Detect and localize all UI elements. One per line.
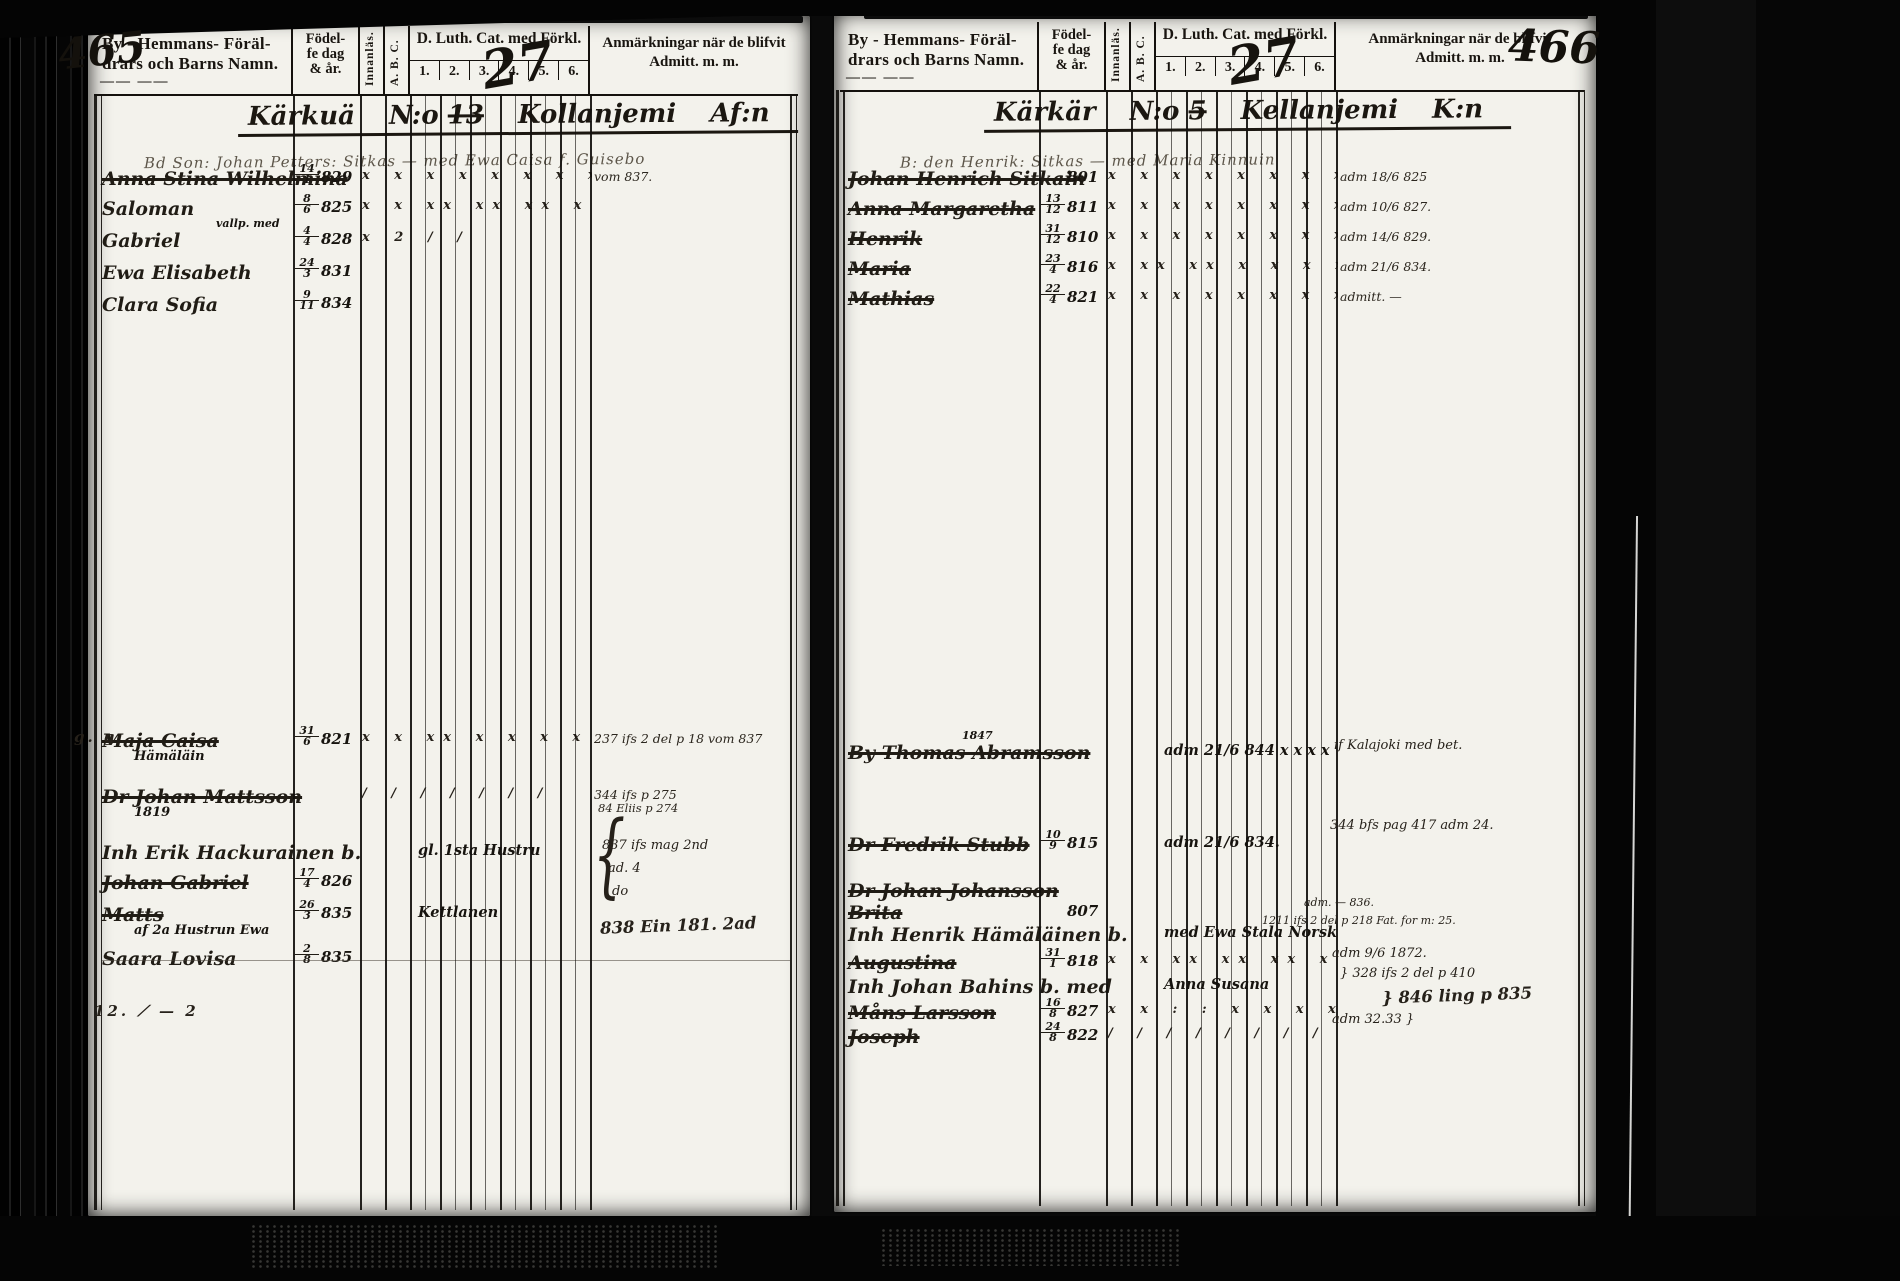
page-number-left: 465 <box>56 22 148 80</box>
birth-year: 818 <box>1067 952 1098 970</box>
birth-year: 827 <box>1067 1002 1098 1020</box>
column-rule <box>1336 90 1338 1206</box>
column-rule <box>410 94 412 1210</box>
margin-annotation: g. g <box>74 728 117 746</box>
margin-annotation: do <box>612 884 628 899</box>
column-rule <box>836 90 839 1206</box>
column-rule <box>1131 90 1133 1206</box>
person-name: Gabriel <box>102 230 180 252</box>
column-rule <box>1321 90 1322 1206</box>
superscript-note: 1847 <box>962 729 993 742</box>
catechism-marks: x x : : x x x x <box>1108 1002 1338 1017</box>
person-name: Joseph <box>848 1026 920 1048</box>
person-name: Johan Henrich Sitkain <box>848 168 1086 190</box>
birth-year: 834 <box>321 294 352 312</box>
margin-annotation: adm. — 836. <box>1304 896 1374 909</box>
village-heading: KärkuäN:o 13KollanjemiAf:n <box>238 98 798 137</box>
person-name: Inh Erik Hackurainen b. <box>102 842 361 864</box>
birth-year: 825 <box>321 198 352 216</box>
person-name: Inh Henrik Hämäläinen b. <box>848 924 1128 946</box>
birth-day: 234 <box>1041 254 1065 275</box>
person-name: Måns Larsson <box>848 1002 996 1024</box>
birth-year: 829 <box>321 168 352 186</box>
column-rule <box>1584 90 1585 1206</box>
remark-note: adm 18/6 825 <box>1340 169 1427 184</box>
column-rule <box>575 94 576 1210</box>
birth-year: 801 <box>1067 168 1098 186</box>
birth-year: 811 <box>1067 198 1098 216</box>
birth-year: 828 <box>321 230 352 248</box>
person-name: Henrik <box>848 228 922 250</box>
column-rule <box>1578 90 1580 1206</box>
birth-day: 141 <box>295 164 319 185</box>
header-ruling-dashes: —— —— <box>100 72 170 92</box>
person-name: Anna Margaretha <box>848 198 1035 220</box>
column-rule <box>1291 90 1292 1206</box>
film-edge-right <box>1596 0 1900 1281</box>
column-rule <box>530 94 532 1210</box>
birth-year: 822 <box>1067 1026 1098 1044</box>
faint-horizontal-rule <box>102 960 790 961</box>
column-rule <box>101 94 102 1210</box>
catechism-marks: x 2 / / <box>362 230 592 245</box>
catechism-marks: x x x x x x x x x x x <box>362 168 592 183</box>
margin-annotation: if Kalajoki med bet. <box>1334 738 1462 753</box>
margin-annotation: } 846 ling p 835 <box>1382 983 1533 1007</box>
remark-note: admitt. — <box>1340 289 1402 304</box>
microfilm-scan: By - Hemmans- Föräl- drars och Barns Nam… <box>0 0 1900 1281</box>
remark-note: vom 837. <box>594 169 652 184</box>
remark-note: adm 21/6 834. <box>1340 259 1431 274</box>
person-name: Brita <box>848 902 902 924</box>
film-noise <box>880 1228 1180 1266</box>
birth-day: 243 <box>295 258 319 279</box>
column-rule <box>293 94 295 1210</box>
column-rule <box>1171 90 1172 1206</box>
birth-day: 263 <box>295 900 319 921</box>
person-name: Mathias <box>848 288 934 310</box>
column-rule <box>1186 90 1188 1206</box>
table-header: By - Hemmans- Föräl- drars och Barns Nam… <box>94 26 798 96</box>
margin-annotation: 344 bfs pag 417 adm 24. <box>1330 818 1494 833</box>
header-reading-column: Innanläs. <box>360 26 385 94</box>
birth-year: 815 <box>1067 834 1098 852</box>
column-rule <box>360 94 362 1210</box>
person-name: Saloman <box>102 198 194 220</box>
header-remarks-column: Anmärkningar när de blifvit Admitt. m. m… <box>590 26 798 94</box>
column-rule <box>515 94 516 1210</box>
subscript-note: Hämäläin <box>134 749 205 764</box>
catechism-marks: x x x x x x x x x x x x <box>1108 168 1338 183</box>
column-rule <box>1231 90 1232 1206</box>
birth-day: 224 <box>1041 284 1065 305</box>
column-rule <box>1306 90 1308 1206</box>
catechism-marks: / / / / / / / / <box>1108 1026 1338 1041</box>
header-birthdate-column: Födel- fe dag & år. <box>293 26 360 94</box>
column-rule <box>1156 90 1158 1206</box>
register-page-left: By - Hemmans- Föräl- drars och Barns Nam… <box>88 16 810 1216</box>
person-name: Dr Fredrik Stubb <box>848 834 1030 856</box>
remark-note: adm 14/6 829. <box>1340 229 1431 244</box>
register-page-right: By - Hemmans- Föräl- drars och Barns Nam… <box>834 12 1596 1212</box>
margin-annotation: 1211 ifs 2 del p 218 Fat. for m: 25. <box>1262 914 1456 927</box>
handwritten-number-overlay: 27 <box>478 34 558 98</box>
page-number-right: 466 <box>1507 20 1601 74</box>
column-rule <box>470 94 472 1210</box>
birth-day: 168 <box>1041 998 1065 1019</box>
birth-day: 1312 <box>1041 194 1065 215</box>
column-rule <box>440 94 442 1210</box>
person-name: Johan Gabriel <box>102 872 249 894</box>
column-rule <box>1201 90 1202 1206</box>
birth-day: 3112 <box>1041 224 1065 245</box>
header-names-column: By - Hemmans- Föräl- drars och Barns Nam… <box>840 22 1039 90</box>
column-rule <box>1216 90 1218 1206</box>
catechism-marks: x x xx xx xx x x x x <box>1108 952 1338 967</box>
catechism-marks: x x x x x x x x x x x x <box>1108 198 1338 213</box>
header-ruling-dashes: —— —— <box>846 68 916 88</box>
catechism-marks: x x xx xx xx x x x x <box>362 198 592 213</box>
film-edge-top <box>600 0 1600 16</box>
birth-year: 810 <box>1067 228 1098 246</box>
column-rule <box>796 94 797 1210</box>
column-rule <box>485 94 486 1210</box>
inline-note: gl. 1sta Hustru <box>418 842 540 859</box>
person-name: Ewa Elisabeth <box>102 262 252 284</box>
person-name: Clara Sofia <box>102 294 218 316</box>
header-reading-column: Innanläs. <box>1106 22 1131 90</box>
birth-year: 835 <box>321 948 352 966</box>
column-rule <box>843 90 845 1206</box>
person-name: Dr Johan Johansson <box>848 880 1059 902</box>
catechism-marks: x xx xx x x x x x x x <box>1108 258 1338 273</box>
catechism-marks: / / / / / / / <box>362 786 592 801</box>
birth-year: 807 <box>1067 902 1098 920</box>
birth-day: 911 <box>295 290 319 311</box>
column-rule <box>500 94 502 1210</box>
margin-annotation: 838 Ein 181. 2ad <box>600 913 757 937</box>
person-name: Inh Johan Bahins b. med <box>848 976 1112 998</box>
margin-annotation: adm 9/6 1872. <box>1332 946 1427 961</box>
birth-day: 28 <box>295 944 319 965</box>
column-rule <box>1106 90 1108 1206</box>
inline-note: adm 21/6 834. <box>1164 834 1280 851</box>
header-abc-column: A. B. C. <box>385 26 410 94</box>
column-rule <box>385 94 387 1210</box>
film-noise <box>250 1224 720 1268</box>
film-edge-left <box>0 0 90 1281</box>
column-rule <box>1276 90 1278 1206</box>
catechism-marks: x x x x x x x x x x <box>1108 288 1338 303</box>
margin-annotation: adm 32.33 } <box>1332 1012 1414 1027</box>
column-rule <box>1039 90 1041 1206</box>
catechism-marks: x x x x x x x x x x x x <box>1108 228 1338 243</box>
table-header: By - Hemmans- Föräl- drars och Barns Nam… <box>840 22 1584 92</box>
person-name: Maria <box>848 258 911 280</box>
birth-day: 44 <box>295 226 319 247</box>
column-rule <box>455 94 456 1210</box>
remark-note: 237 ifs 2 del p 18 vom 837 <box>594 731 762 746</box>
column-rule <box>1261 90 1262 1206</box>
column-rule <box>1246 90 1248 1206</box>
person-name: By Thomas Abramsson <box>848 742 1090 764</box>
birth-day: 174 <box>295 868 319 889</box>
column-rule <box>94 94 97 1210</box>
subscript-note: 1819 <box>134 805 170 820</box>
birth-year: 826 <box>321 872 352 890</box>
subscript-note: af 2a Hustrun Ewa <box>134 923 269 938</box>
handwritten-number-overlay: 27 <box>1224 30 1304 94</box>
person-name: Augustina <box>848 952 956 974</box>
birth-day: 86 <box>295 194 319 215</box>
header-abc-column: A. B. C. <box>1131 22 1156 90</box>
birth-year: 821 <box>1067 288 1098 306</box>
margin-annotation: ad. 4 <box>608 861 641 876</box>
remark-note: adm 10/6 827. <box>1340 199 1431 214</box>
birth-year: 835 <box>321 904 352 922</box>
column-rule <box>545 94 546 1210</box>
column-rule <box>560 94 562 1210</box>
column-rule <box>590 94 592 1210</box>
birth-day: 316 <box>295 726 319 747</box>
header-birthdate-column: Födel- fe dag & år. <box>1039 22 1106 90</box>
birth-day: 248 <box>1041 1022 1065 1043</box>
catechism-marks: x x xx x x x x x x x <box>362 730 592 745</box>
person-name: Saara Lovisa <box>102 948 237 970</box>
inline-note: Kettlanen <box>418 904 498 921</box>
column-rule <box>790 94 792 1210</box>
birth-year: 821 <box>321 730 352 748</box>
birth-day: 311 <box>1041 948 1065 969</box>
birth-year: 831 <box>321 262 352 280</box>
birth-day: 109 <box>1041 830 1065 851</box>
margin-annotation: 837 ifs mag 2nd <box>602 838 708 853</box>
column-rule <box>425 94 426 1210</box>
remark-note: 344 ifs p 275 <box>594 787 677 802</box>
person-name: Dr Johan Mattsson <box>102 786 302 808</box>
superscript-note: vallp. med <box>216 217 280 230</box>
margin-annotation: 12. ⟋ — 2 <box>94 1002 199 1020</box>
birth-year: 816 <box>1067 258 1098 276</box>
margin-annotation: } 328 ifs 2 del p 410 <box>1340 966 1475 981</box>
